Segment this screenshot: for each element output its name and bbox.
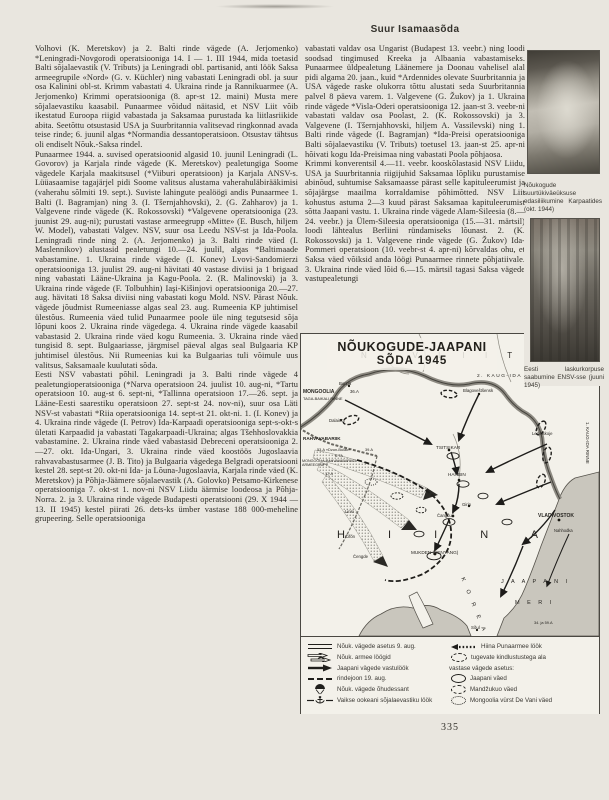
map-label: MONGOOLIA [303, 390, 334, 395]
map-label: Čangčun [437, 514, 454, 519]
map-label: Girin [462, 503, 471, 508]
map-title-line1: NÕUKOGUDE-JAAPANI [327, 340, 497, 354]
map-label: 34. ja 59.A [534, 621, 553, 625]
scan-artifact [215, 4, 335, 9]
legend-item: Jaapani vägede vastulöök [307, 665, 449, 672]
map-label: 53.A «Dzun-Bulak» [317, 448, 350, 452]
map-label: Nahhodka [554, 529, 573, 533]
photo-artillery-carpathians [527, 50, 600, 174]
map-label: Dalainor [329, 419, 345, 424]
legend-column-left: Nõuk. vägede asetus 9. aug.Nõuk. armee l… [307, 643, 449, 704]
book-page: Suur Isamaasõda Volhovi (K. Meretskov) j… [0, 0, 609, 800]
map-label: Blagoveštšensk [463, 389, 493, 394]
map-label: RAHVAVABARIIK [303, 437, 341, 442]
left-column: Volhovi (K. Meretskov) ja 2. Balti rinde… [35, 44, 298, 524]
legend-label: Nõuk. vägede õhudessant [337, 686, 409, 693]
map-label: Sõul [471, 626, 480, 631]
manchukuo-forces-icon [451, 685, 466, 694]
paragraph: Punaarmee 1944. a. suvised operatsioonid… [35, 150, 298, 371]
legend-label: Hiina Punaarmee löök [481, 643, 542, 650]
navy-strike-icon [307, 696, 333, 705]
legend-label: vastase vägede asetus: [449, 665, 514, 672]
soviet-strike-icon [307, 653, 333, 662]
page-header: Suur Isamaasõda [305, 24, 525, 35]
legend-label: Nõuk. vägede asetus 9. aug. [337, 643, 416, 650]
paragraph: Volhovi (K. Meretskov) ja 2. Balti rinde… [35, 44, 298, 150]
legend-label: Mandžukuo väed [470, 686, 517, 693]
map-title-line2: SÕDA 1945 [327, 355, 497, 367]
photo-caption: Eesti laskurkorpuse saabumine ENSV-sse (… [524, 366, 604, 390]
map-label: TAGA-BAIKALI RINNE [303, 397, 343, 401]
legend-item: Nõuk. armee löögid [307, 654, 449, 661]
page-number: 335 [300, 722, 600, 733]
legend-column-right: Hiina Punaarmee lööktugevate kindlustust… [451, 643, 597, 704]
map-label: 36.A [350, 390, 359, 395]
legend-label: Jaapani vägede vastulöök [337, 665, 409, 672]
japan-counterstrike-icon [307, 664, 333, 672]
legend-item: Mongoolia vürst De Vani väed [451, 697, 597, 704]
legend-label: tugevate kindlustustega ala [471, 654, 546, 661]
air-landing-icon [307, 684, 333, 695]
map-label: J A A P A N I [501, 580, 570, 586]
paragraph: Krimmi konverentsil 4.—11. veebr. kooskõ… [305, 159, 525, 284]
paragraph: Eesti NSV vabastati põhil. Leningradi ja… [35, 370, 298, 524]
map-label: Leninskoje [532, 432, 553, 437]
map-label: Čengde [353, 555, 368, 560]
legend-label: Vaikse ookeani sõjalaevastiku löök [337, 697, 432, 704]
mongol-forces-icon [451, 696, 466, 705]
legend-label: Mongoolia vürst De Vani väed [470, 697, 552, 704]
map-label: MONGOOLIA RAHVAVABARIIGI ARMEEGRUPP [302, 460, 362, 468]
legend-item: vastase vägede asetus: [451, 665, 597, 672]
map-label: MUKDEN (ŠENYANG) [411, 551, 458, 556]
right-column: vabastati valdav osa Ungarist (Budapest … [305, 44, 525, 284]
legend-label: rindejoon 19. aug. [337, 675, 387, 682]
map-label: TSITSIKAR [436, 446, 460, 451]
legend-item: Vaikse ookeani sõjalaevastiku löök [307, 697, 449, 704]
legend-item: Hiina Punaarmee löök [451, 643, 597, 650]
paragraph: vabastati valdav osa Ungarist (Budapest … [305, 44, 525, 159]
japanese-forces-icon [451, 674, 466, 683]
map-title: NÕUKOGUDE-JAAPANI SÕDA 1945 [327, 338, 497, 370]
map-label: 6.TA [335, 454, 343, 458]
photo-estonian-rifle-corps [530, 218, 600, 362]
legend-item: tugevate kindlustustega ala [451, 654, 597, 661]
legend-label: Nõuk. armee löögid [337, 654, 391, 661]
map-label: 17.A [325, 472, 333, 476]
photo-block: Eesti laskurkorpuse saabumine ENSV-sse (… [524, 216, 604, 386]
photo-caption: Nõukogude suurtükiväeüksuse edasiliikumi… [524, 182, 602, 214]
legend-item: Nõuk. vägede asetus 9. aug. [307, 643, 449, 650]
fortified-area-icon [451, 653, 467, 662]
legend-item: Jaapani väed [451, 675, 597, 682]
map-label: HARBIN [448, 473, 466, 478]
legend-item: rindejoon 19. aug. [307, 675, 449, 682]
map-label: Linsi [345, 510, 354, 515]
map-label: VLADIVOSTOK [538, 514, 574, 519]
legend-item: Mandžukuo väed [451, 686, 597, 693]
legend-item: Nõuk. vägede õhudessant [307, 686, 449, 693]
china-red-army-icon [451, 643, 477, 651]
map-label: Borzja [339, 382, 351, 387]
soviet-position-icon [308, 644, 332, 649]
map-label: 39.A [365, 448, 373, 452]
map-label: H I I N A [337, 530, 558, 542]
legend-label: Jaapani väed [470, 675, 507, 682]
front-line-icon [308, 678, 332, 680]
map-label: M E R I [515, 601, 554, 607]
map-legend: Nõuk. vägede asetus 9. aug.Nõuk. armee l… [301, 636, 599, 714]
map-label: 1. KAUG-IDA RINNE [584, 422, 589, 464]
